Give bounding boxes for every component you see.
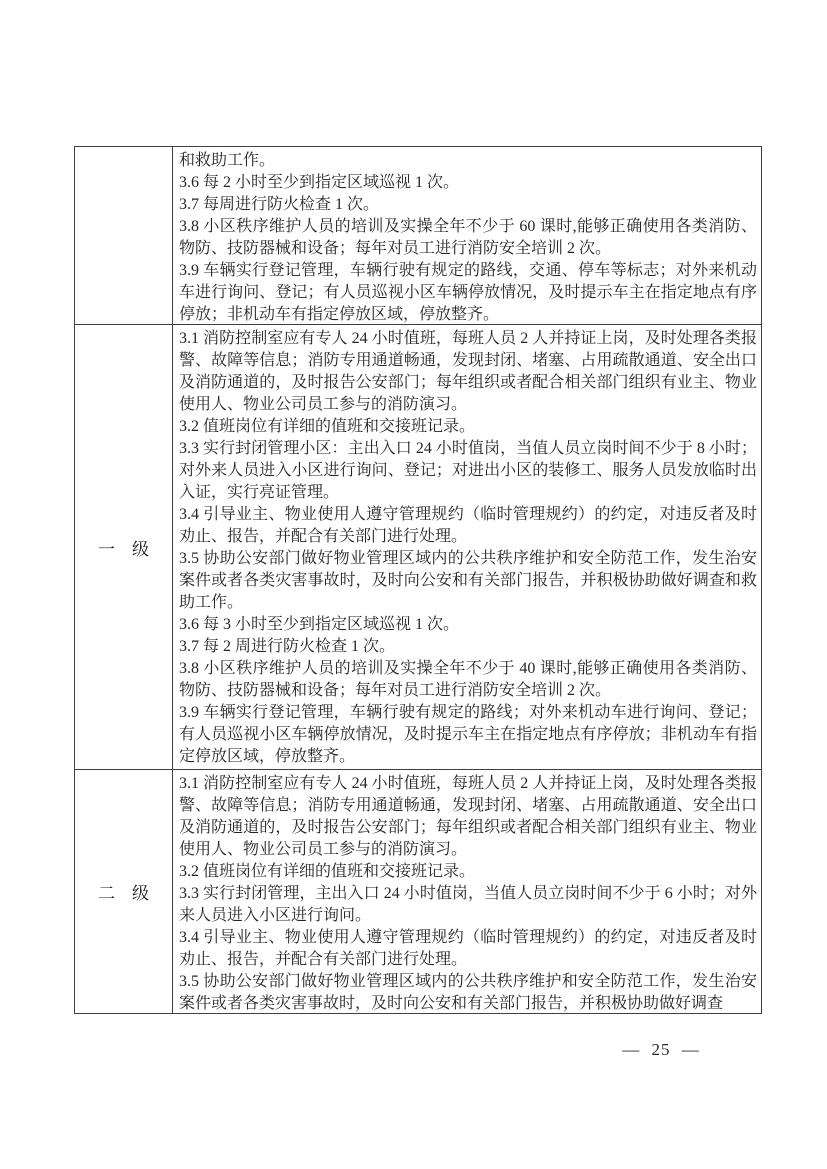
- document-page: 和救助工作。3.6 每 2 小时至少到指定区域巡视 1 次。3.7 每周进行防火…: [0, 0, 827, 1169]
- standard-item: 3.7 每周进行防火检查 1 次。: [179, 194, 757, 216]
- standard-item: 3.7 每 2 周进行防火检查 1 次。: [179, 636, 757, 658]
- table-row: 一 级3.1 消防控制室应有专人 24 小时值班，每班人员 2 人并持证上岗，及…: [75, 324, 761, 769]
- standard-item: 和救助工作。: [179, 150, 757, 172]
- standard-item: 3.3 实行封闭管理，主出入口 24 小时值岗，当值人员立岗时间不少于 6 小时…: [179, 883, 757, 927]
- standard-item: 3.4 引导业主、物业使用人遵守管理规约（临时管理规约）的约定，对违反者及时劝止…: [179, 927, 757, 971]
- standard-item: 3.6 每 2 小时至少到指定区域巡视 1 次。: [179, 172, 757, 194]
- standard-item: 3.1 消防控制室应有专人 24 小时值班，每班人员 2 人并持证上岗，及时处理…: [179, 328, 757, 416]
- table-row: 和救助工作。3.6 每 2 小时至少到指定区域巡视 1 次。3.7 每周进行防火…: [75, 147, 761, 324]
- level-label-cell: 一 级: [75, 325, 173, 769]
- standard-item: 3.8 小区秩序维护人员的培训及实操全年不少于 60 课时,能够正确使用各类消防…: [179, 216, 757, 260]
- standard-item: 3.9 车辆实行登记管理，车辆行驶有规定的路线，交通、停车等标志；对外来机动车进…: [179, 260, 757, 324]
- standard-item: 3.8 小区秩序维护人员的培训及实操全年不少于 40 课时,能够正确使用各类消防…: [179, 658, 757, 702]
- level-label-cell: [75, 147, 173, 324]
- standard-item: 3.2 值班岗位有详细的值班和交接班记录。: [179, 416, 757, 438]
- standard-item: 3.2 值班岗位有详细的值班和交接班记录。: [179, 861, 757, 883]
- table-row: 二 级3.1 消防控制室应有专人 24 小时值班，每班人员 2 人并持证上岗，及…: [75, 769, 761, 1013]
- level-label-cell: 二 级: [75, 770, 173, 1013]
- standard-item: 3.9 车辆实行登记管理，车辆行驶有规定的路线；对外来机动车进行询问、登记；有人…: [179, 702, 757, 768]
- standard-item: 3.6 每 3 小时至少到指定区域巡视 1 次。: [179, 614, 757, 636]
- standard-item: 3.5 协助公安部门做好物业管理区域内的公共秩序维护和安全防范工作，发生治安案件…: [179, 548, 757, 614]
- standard-item: 3.3 实行封闭管理小区：主出入口 24 小时值岗，当值人员立岗时间不少于 8 …: [179, 438, 757, 504]
- standards-cell: 3.1 消防控制室应有专人 24 小时值班，每班人员 2 人并持证上岗，及时处理…: [173, 325, 761, 769]
- standard-item: 3.1 消防控制室应有专人 24 小时值班，每班人员 2 人并持证上岗，及时处理…: [179, 773, 757, 861]
- standards-cell: 3.1 消防控制室应有专人 24 小时值班，每班人员 2 人并持证上岗，及时处理…: [173, 770, 761, 1013]
- service-standard-table: 和救助工作。3.6 每 2 小时至少到指定区域巡视 1 次。3.7 每周进行防火…: [74, 146, 762, 1014]
- standards-cell: 和救助工作。3.6 每 2 小时至少到指定区域巡视 1 次。3.7 每周进行防火…: [173, 147, 761, 324]
- standard-item: 3.4 引导业主、物业使用人遵守管理规约（临时管理规约）的约定，对违反者及时劝止…: [179, 504, 757, 548]
- page-number: — 25 —: [597, 1040, 725, 1060]
- standard-item: 3.5 协助公安部门做好物业管理区域内的公共秩序维护和安全防范工作，发生治安案件…: [179, 971, 757, 1013]
